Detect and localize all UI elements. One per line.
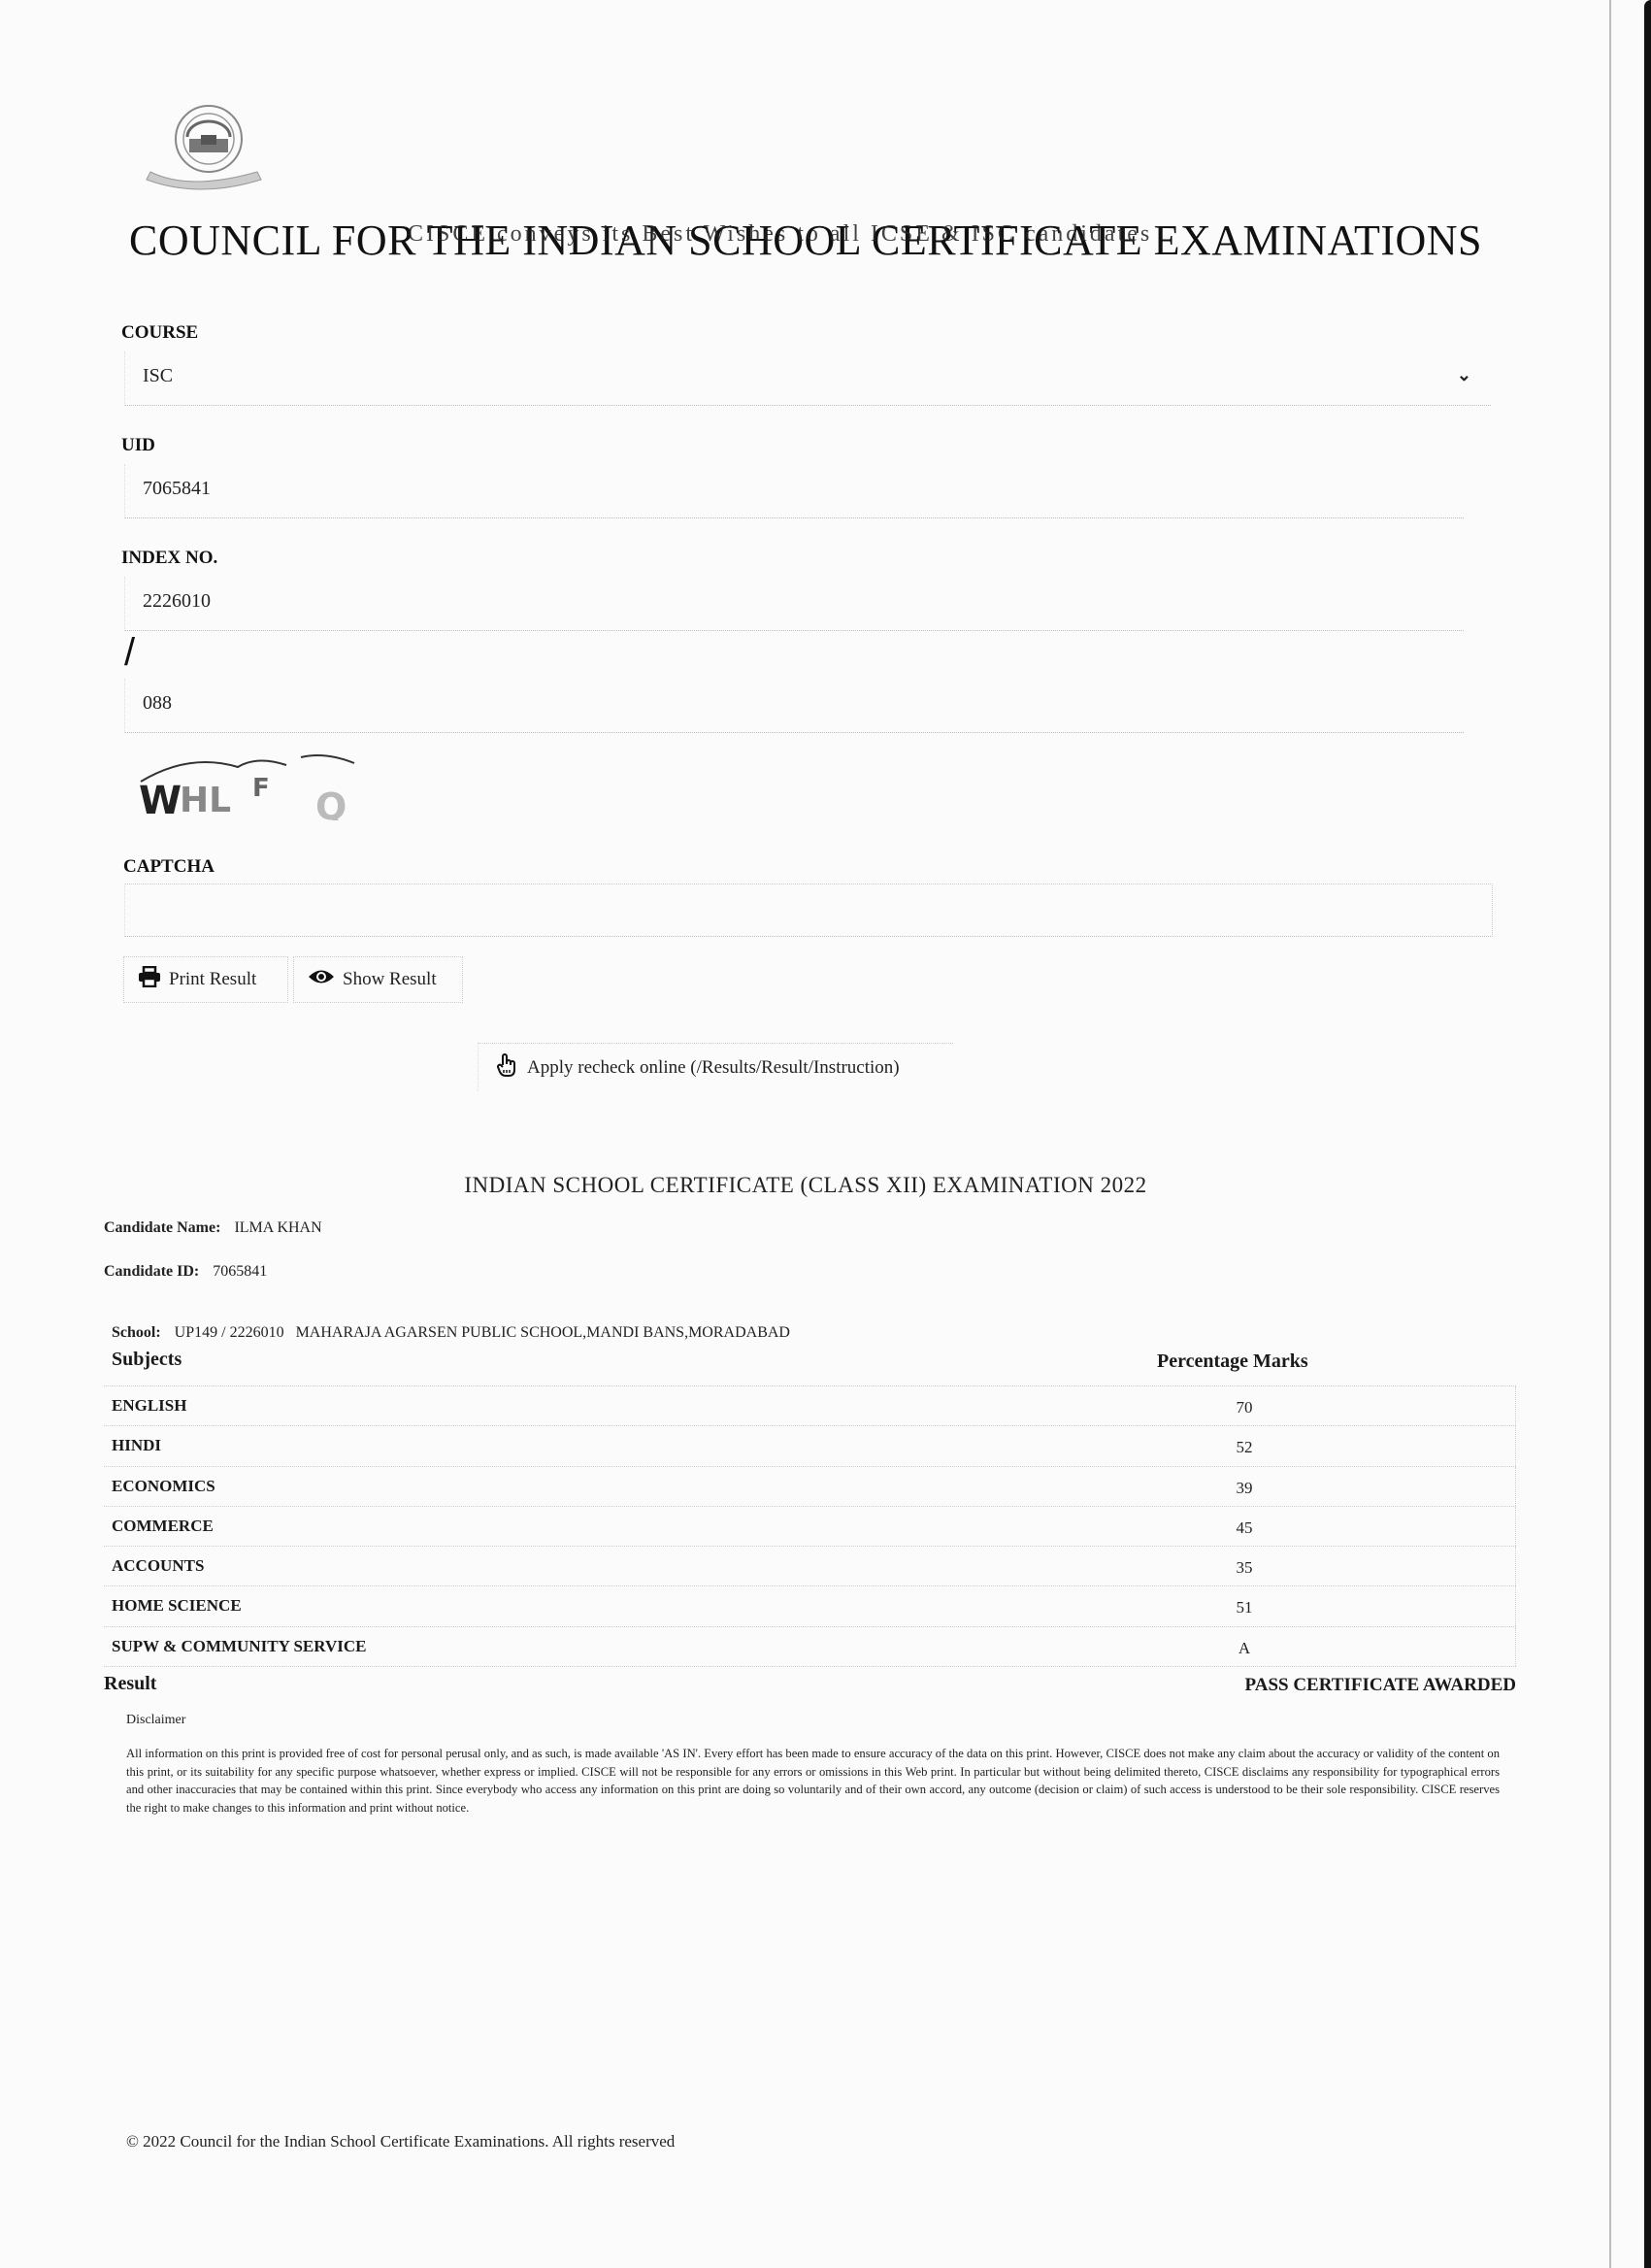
subject-marks: A	[1225, 1639, 1264, 1658]
cisce-emblem-icon	[131, 102, 286, 189]
school-name: UP149 / 2226010 MAHARAJA AGARSEN PUBLIC …	[175, 1324, 790, 1341]
subject-name: HOME SCIENCE	[112, 1596, 242, 1616]
subject-name: ECONOMICS	[112, 1477, 215, 1496]
captcha-label: CAPTCHA	[123, 856, 215, 878]
footer-copyright: © 2022 Council for the Indian School Cer…	[126, 2132, 675, 2151]
school-label: School:	[112, 1324, 161, 1341]
subject-name: HINDI	[112, 1436, 161, 1455]
table-row: HINDI52	[104, 1426, 1516, 1466]
svg-text:W: W	[139, 779, 182, 820]
disclaimer-text: All information on this print is provide…	[126, 1745, 1500, 1817]
table-row: ENGLISH70	[104, 1385, 1516, 1426]
subject-marks: 45	[1225, 1518, 1264, 1538]
show-result-label: Show Result	[343, 969, 437, 990]
candidate-name-line: Candidate Name:ILMA KHAN	[104, 1219, 322, 1237]
print-result-button[interactable]: Print Result	[123, 956, 288, 1003]
subject-marks: 70	[1225, 1398, 1264, 1417]
result-row: Result PASS CERTIFICATE AWARDED	[104, 1667, 1516, 1706]
table-row: ACCOUNTS35	[104, 1547, 1516, 1586]
apply-recheck-link[interactable]: Apply recheck online (/Results/Result/In…	[478, 1043, 953, 1091]
result-label: Result	[104, 1673, 156, 1695]
table-row: HOME SCIENCE51	[104, 1586, 1516, 1626]
row-border	[1515, 1627, 1516, 1666]
subject-name: COMMERCE	[112, 1517, 214, 1536]
captcha-input[interactable]	[124, 884, 1493, 937]
subject-marks: 39	[1225, 1479, 1264, 1498]
index-separator: /	[124, 631, 135, 675]
printer-icon	[138, 966, 161, 993]
course-value: ISC	[143, 365, 173, 386]
print-result-label: Print Result	[169, 969, 256, 990]
percentage-marks-header: Percentage Marks	[1157, 1351, 1308, 1373]
apply-recheck-label: Apply recheck online (/Results/Result/In…	[527, 1057, 900, 1079]
table-row: SUPW & COMMUNITY SERVICEA	[104, 1627, 1516, 1667]
captcha-image: W HL F Q	[131, 748, 369, 820]
candidate-id-label: Candidate ID:	[104, 1263, 199, 1280]
table-row: ECONOMICS39	[104, 1467, 1516, 1507]
subject-name: ACCOUNTS	[112, 1556, 204, 1576]
chevron-down-icon: ⌄	[1457, 365, 1471, 385]
candidate-id: 7065841	[213, 1263, 267, 1280]
uid-label: UID	[121, 435, 155, 456]
marks-table: Subjects Percentage Marks ENGLISH70HINDI…	[104, 1345, 1516, 1706]
svg-text:F: F	[252, 774, 270, 803]
subject-marks: 52	[1225, 1438, 1264, 1457]
paper-fold-line	[1609, 0, 1611, 2268]
candidate-name: ILMA KHAN	[234, 1219, 321, 1236]
index-no-suffix-value: 088	[143, 692, 172, 714]
row-border	[1515, 1586, 1516, 1625]
result-value: PASS CERTIFICATE AWARDED	[1245, 1675, 1516, 1696]
eye-icon	[308, 968, 335, 991]
exam-title: INDIAN SCHOOL CERTIFICATE (CLASS XII) EX…	[0, 1173, 1611, 1198]
subject-marks: 51	[1225, 1598, 1264, 1618]
course-select[interactable]: ISC ⌄	[124, 351, 1491, 406]
index-no-label: INDEX NO.	[121, 548, 217, 569]
index-no-value: 2226010	[143, 590, 211, 612]
index-no-input[interactable]: 2226010	[124, 577, 1464, 631]
marks-table-header: Subjects Percentage Marks	[104, 1345, 1516, 1385]
row-border	[1515, 1507, 1516, 1546]
svg-text:Q: Q	[315, 785, 347, 820]
subject-name: SUPW & COMMUNITY SERVICE	[112, 1637, 366, 1656]
row-border	[1515, 1547, 1516, 1585]
candidate-name-label: Candidate Name:	[104, 1219, 220, 1236]
school-line: School:UP149 / 2226010 MAHARAJA AGARSEN …	[104, 1307, 790, 1342]
index-no-suffix-input[interactable]: 088	[124, 679, 1464, 733]
course-label: COURSE	[121, 322, 198, 344]
row-border	[1515, 1467, 1516, 1506]
announcement-marquee: CISCE conveys its Best Wishes to all ICS…	[408, 221, 1152, 248]
hand-pointer-icon	[496, 1053, 517, 1083]
row-border	[1515, 1386, 1516, 1425]
candidate-id-line: Candidate ID:7065841	[104, 1263, 267, 1281]
row-border	[1515, 1426, 1516, 1465]
disclaimer-title: Disclaimer	[126, 1713, 185, 1728]
subjects-header: Subjects	[112, 1349, 182, 1371]
show-result-button[interactable]: Show Result	[293, 956, 463, 1003]
subject-name: ENGLISH	[112, 1396, 186, 1416]
uid-value: 7065841	[143, 478, 211, 499]
svg-text:HL: HL	[180, 781, 231, 820]
scan-border	[1644, 0, 1651, 2268]
table-row: COMMERCE45	[104, 1507, 1516, 1547]
uid-input[interactable]: 7065841	[124, 464, 1464, 518]
subject-marks: 35	[1225, 1558, 1264, 1578]
